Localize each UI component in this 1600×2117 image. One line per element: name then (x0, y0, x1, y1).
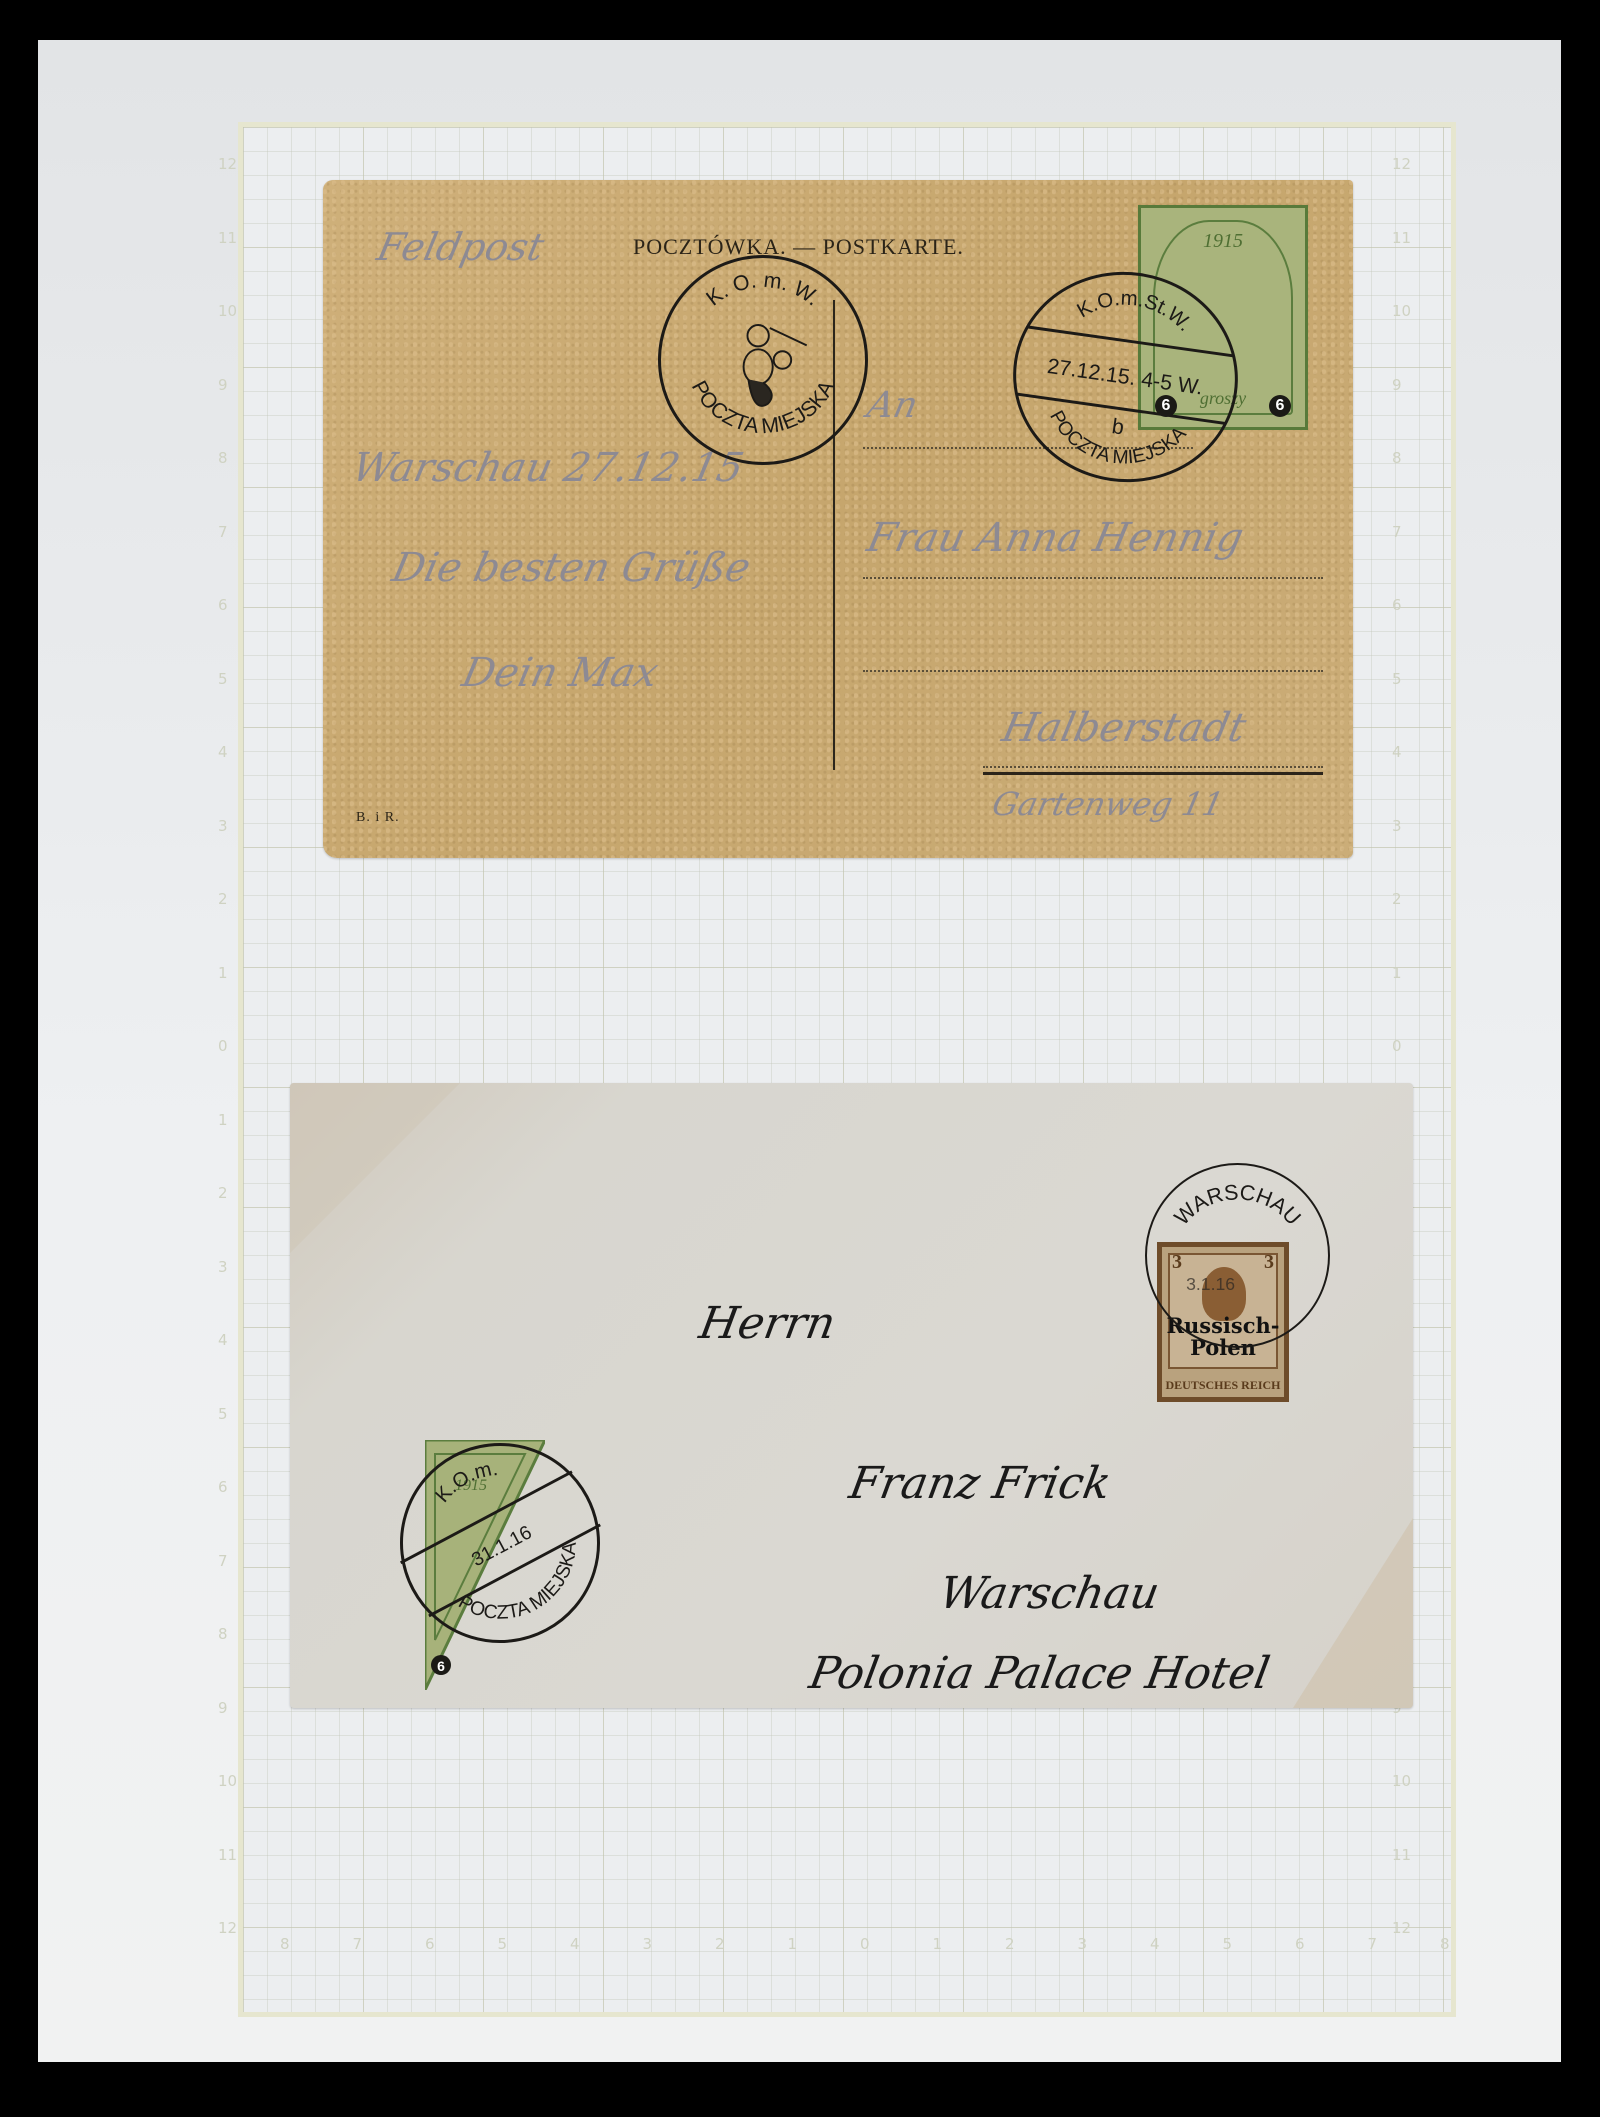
scale-number: 11 (218, 229, 237, 247)
mermaid-icon (744, 325, 807, 406)
handwriting-hotel: Polonia Palace Hotel (806, 1648, 1274, 1699)
postmark-poczta-miejska: K. O. m. W. POCZTA MIEJSKA (658, 255, 868, 465)
scale-number: 12 (218, 155, 237, 173)
printer-imprint: B. i R. (356, 810, 400, 826)
svg-text:3.1.16: 3.1.16 (1186, 1274, 1235, 1294)
address-underline (983, 772, 1323, 775)
svg-text:WARSCHAU: WARSCHAU (1170, 1180, 1306, 1230)
handwriting-address: Gartenweg 11 (989, 785, 1227, 823)
postcard-title: POCZTÓWKA. — POSTKARTE. (633, 234, 964, 260)
scale-number: 8 (1392, 449, 1402, 467)
scale-number: 8 (218, 449, 228, 467)
scale-number: 8 (218, 1625, 228, 1643)
address-line (863, 577, 1323, 579)
scale-number: 7 (1392, 523, 1402, 541)
scale-number: 4 (570, 1935, 580, 1953)
postmark-warschau: WARSCHAU 3.1.16 (1145, 1163, 1330, 1348)
handwriting-address: Frau Anna Hennig (863, 515, 1247, 561)
svg-text:6: 6 (437, 1658, 445, 1674)
scale-number: 1 (933, 1935, 943, 1953)
scale-number: 0 (218, 1037, 228, 1055)
scale-number: 5 (1392, 670, 1402, 688)
handwriting-herrn: Herrn (696, 1298, 840, 1349)
scale-number: 2 (218, 890, 228, 908)
svg-text:27.12.15. 4-5 W.: 27.12.15. 4-5 W. (1046, 354, 1205, 400)
scale-number: 2 (715, 1935, 725, 1953)
scale-number: 6 (425, 1935, 435, 1953)
cover-envelope: 3 3 Russisch- Polen DEUTSCHES REICH WARS… (290, 1083, 1413, 1708)
svg-text:b: b (1110, 414, 1125, 439)
scale-number: 3 (218, 817, 228, 835)
scale-number: 9 (1392, 376, 1402, 394)
handwriting-name: Franz Frick (846, 1458, 1115, 1509)
scale-number: 3 (218, 1258, 228, 1276)
scale-number: 6 (1392, 596, 1402, 614)
scale-number: 11 (1392, 1846, 1411, 1864)
handwriting-address: Halberstadt (998, 705, 1250, 751)
svg-text:K. O. m. W.: K. O. m. W. (702, 268, 826, 311)
scale-number: 8 (280, 1935, 290, 1953)
scale-number: 7 (1368, 1935, 1378, 1953)
scale-number: 7 (218, 1552, 228, 1570)
postmark-dated: K.O.m.St.W. 27.12.15. 4-5 W. b POCZTA MI… (999, 257, 1251, 496)
envelope-flap (1293, 1518, 1413, 1708)
scale-number: 4 (218, 1331, 228, 1349)
scale-number: 5 (218, 1405, 228, 1423)
scale-number: 3 (643, 1935, 653, 1953)
scale-number: 7 (353, 1935, 363, 1953)
scale-number: 11 (1392, 229, 1411, 247)
scale-number: 5 (1223, 1935, 1233, 1953)
scale-number: 12 (1392, 155, 1411, 173)
envelope-flap (290, 1083, 460, 1253)
scale-number: 10 (218, 302, 237, 320)
scale-number: 4 (1150, 1935, 1160, 1953)
scale-number: 10 (1392, 302, 1411, 320)
scale-number: 9 (218, 376, 228, 394)
handwriting-message: Dein Max (458, 650, 662, 696)
postcard: POCZTÓWKA. — POSTKARTE. B. i R. Feldpost… (323, 180, 1353, 858)
address-line (863, 670, 1323, 672)
svg-text:K.O.m.St.W.: K.O.m.St.W. (1071, 280, 1199, 338)
scale-number: 1 (218, 964, 228, 982)
scale-number: 0 (1392, 1037, 1402, 1055)
scale-number: 5 (498, 1935, 508, 1953)
scale-number: 6 (218, 596, 228, 614)
postmark-bisect: K.O.m. 31.1.16 POCZTA MIEJSKA (365, 1408, 635, 1678)
scale-number: 2 (1005, 1935, 1015, 1953)
scale-number: 7 (218, 523, 228, 541)
scale-number: 0 (860, 1935, 870, 1953)
scale-number: 6 (218, 1478, 228, 1496)
scale-number: 2 (1392, 890, 1402, 908)
scale-number: 12 (1392, 1919, 1411, 1937)
scale-number: 1 (1392, 964, 1402, 982)
scale-number: 1 (218, 1111, 228, 1129)
scale-number: 3 (1392, 817, 1402, 835)
scale-number: 2 (218, 1184, 228, 1202)
scale-number: 8 (1440, 1935, 1450, 1953)
address-line (983, 766, 1323, 768)
scale-number: 4 (218, 743, 228, 761)
scale-number: 10 (1392, 1772, 1411, 1790)
scale-number: 5 (218, 670, 228, 688)
scale-number: 10 (218, 1772, 237, 1790)
handwriting-message: Die besten Grüße (388, 545, 754, 591)
scale-number: 12 (218, 1919, 237, 1937)
scale-number: 6 (1295, 1935, 1305, 1953)
scale-number: 4 (1392, 743, 1402, 761)
scale-number: 9 (218, 1699, 228, 1717)
scale-number: 11 (218, 1846, 237, 1864)
handwriting-city: Warschau (936, 1568, 1164, 1619)
handwriting-address: An (864, 385, 922, 426)
handwriting-feldpost: Feldpost (373, 225, 548, 269)
scale-number: 1 (788, 1935, 798, 1953)
scale-number: 3 (1078, 1935, 1088, 1953)
